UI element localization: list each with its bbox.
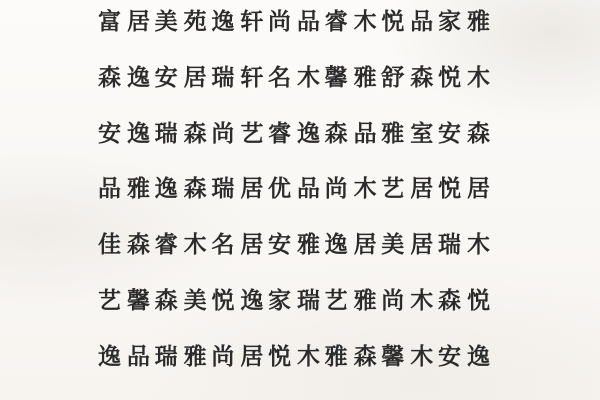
name-item: 美苑	[155, 9, 213, 34]
name-item: 安森	[438, 121, 496, 146]
name-row: 品雅逸森瑞居优品尚木艺居悦居	[98, 176, 490, 201]
name-item: 逸轩	[211, 9, 269, 34]
name-row: 逸品瑞雅尚居悦木雅森馨木安逸	[98, 344, 490, 369]
name-item: 尚木	[381, 288, 439, 313]
name-item: 安居	[155, 65, 213, 90]
name-item: 逸居	[325, 232, 383, 257]
name-item: 名木	[268, 65, 326, 90]
name-item: 瑞木	[438, 232, 496, 257]
name-item: 尚艺	[211, 121, 269, 146]
name-item: 佳森	[98, 232, 156, 257]
name-item: 逸森	[155, 176, 213, 201]
name-item: 悦逸	[211, 288, 269, 313]
name-item: 馨木	[381, 344, 439, 369]
name-item: 瑞雅	[155, 344, 213, 369]
name-item: 逸品	[98, 344, 156, 369]
name-item: 瑞居	[211, 176, 269, 201]
name-item: 森悦	[438, 288, 496, 313]
name-item: 优品	[268, 176, 326, 201]
name-row: 森逸安居瑞轩名木馨雅舒森悦木	[98, 65, 490, 90]
name-item: 家雅	[438, 9, 496, 34]
name-item: 雅室	[381, 121, 439, 146]
name-row: 佳森睿木名居安雅逸居美居瑞木	[98, 232, 490, 257]
name-item: 睿逸	[268, 121, 326, 146]
name-item: 品雅	[98, 176, 156, 201]
name-item: 安雅	[268, 232, 326, 257]
name-item: 家瑞	[268, 288, 326, 313]
name-item: 尚品	[268, 9, 326, 34]
name-item: 艺馨	[98, 288, 156, 313]
name-item: 艺居	[381, 176, 439, 201]
name-item: 美居	[381, 232, 439, 257]
name-item: 尚木	[325, 176, 383, 201]
name-item: 富居	[98, 9, 156, 34]
name-grid: 富居美苑逸轩尚品睿木悦品家雅森逸安居瑞轩名木馨雅舒森悦木安逸瑞森尚艺睿逸森品雅室…	[98, 0, 490, 400]
name-item: 安逸	[98, 121, 156, 146]
name-item: 艺雅	[325, 288, 383, 313]
name-row: 富居美苑逸轩尚品睿木悦品家雅	[98, 9, 490, 34]
name-item: 馨雅	[325, 65, 383, 90]
name-row: 艺馨森美悦逸家瑞艺雅尚木森悦	[98, 288, 490, 313]
name-item: 睿木	[325, 9, 383, 34]
name-item: 森品	[325, 121, 383, 146]
name-row: 安逸瑞森尚艺睿逸森品雅室安森	[98, 121, 490, 146]
name-item: 森逸	[98, 65, 156, 90]
name-item: 雅森	[325, 344, 383, 369]
name-list-page: 富居美苑逸轩尚品睿木悦品家雅森逸安居瑞轩名木馨雅舒森悦木安逸瑞森尚艺睿逸森品雅室…	[0, 0, 600, 400]
name-item: 瑞轩	[211, 65, 269, 90]
name-item: 舒森	[381, 65, 439, 90]
name-item: 悦品	[381, 9, 439, 34]
name-item: 悦木	[438, 65, 496, 90]
name-item: 安逸	[438, 344, 496, 369]
name-item: 悦木	[268, 344, 326, 369]
name-item: 睿木	[155, 232, 213, 257]
name-item: 森美	[155, 288, 213, 313]
name-item: 瑞森	[155, 121, 213, 146]
name-item: 名居	[211, 232, 269, 257]
name-item: 尚居	[211, 344, 269, 369]
name-item: 悦居	[438, 176, 496, 201]
